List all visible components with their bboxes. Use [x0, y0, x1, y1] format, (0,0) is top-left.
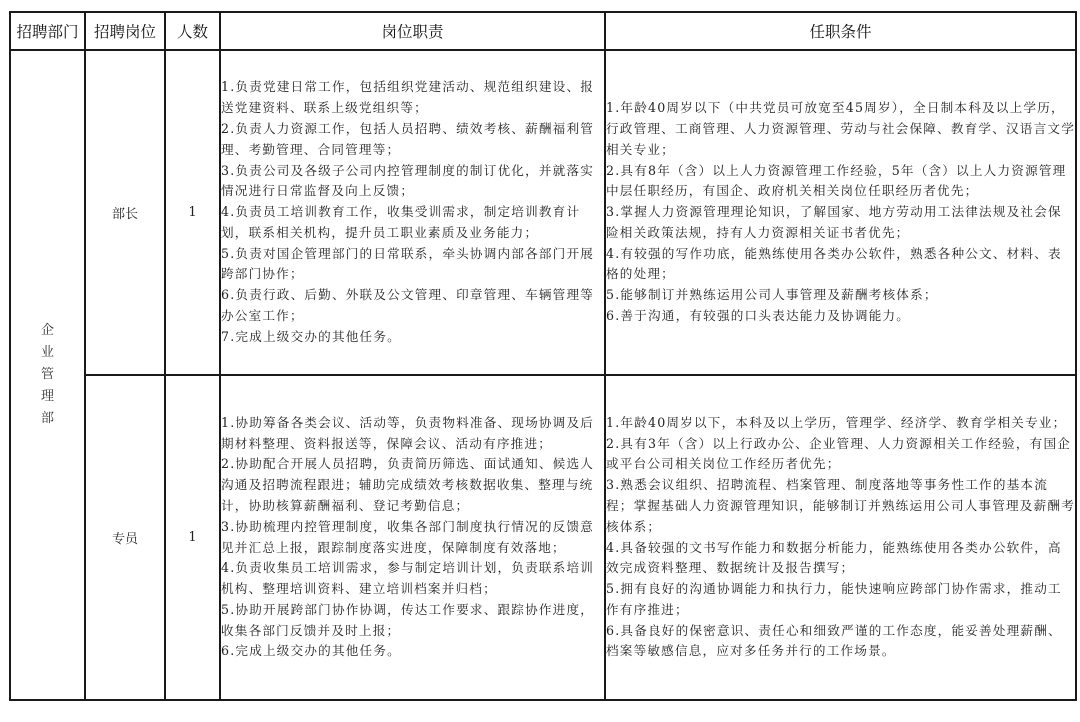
department-name: 企业管理部	[41, 320, 55, 430]
duty-item: 1.协助筹备各类会议、活动等，负责物料准备、现场协调及后期材料整理、资料报送等，…	[221, 413, 604, 455]
table-row: 专员 1 1.协助筹备各类会议、活动等，负责物料准备、现场协调及后期材料整理、资…	[10, 375, 1076, 700]
duties-cell: 1.负责党建日常工作，包括组织党建活动、规范组织建设、报送党建资料、联系上级党组…	[220, 50, 605, 375]
duty-item: 1.负责党建日常工作，包括组织党建活动、规范组织建设、报送党建资料、联系上级党组…	[221, 77, 604, 119]
header-position: 招聘岗位	[85, 12, 165, 50]
requirements-cell: 1.年龄40周岁以下，本科及以上学历，管理学、经济学、教育学相关专业； 2.具有…	[605, 375, 1076, 700]
header-row: 招聘部门 招聘岗位 人数 岗位职责 任职条件	[10, 12, 1076, 50]
position-cell: 专员	[85, 375, 165, 700]
requirement-item: 1.年龄40周岁以下（中共党员可放宽至45周岁），全日制本科及以上学历，行政管理…	[606, 98, 1075, 160]
requirement-item: 6.具备良好的保密意识、责任心和细致严谨的工作态度，能妥善处理薪酬、档案等敏感信…	[606, 621, 1075, 663]
requirement-item: 4.有较强的写作功底，能熟练使用各类办公软件，熟悉各种公文、材料、表格的处理；	[606, 244, 1075, 286]
duty-item: 5.负责对国企管理部门的日常联系，牵头协调内部各部门开展跨部门协作；	[221, 244, 604, 286]
duty-item: 4.负责收集员工培训需求，参与制定培训计划，负责联系培训机构、整理培训资料、建立…	[221, 558, 604, 600]
requirement-item: 3.掌握人力资源管理理论知识，了解国家、地方劳动用工法律法规及社会保险相关政策法…	[606, 202, 1075, 244]
requirement-item: 5.拥有良好的沟通协调能力和执行力，能快速响应跨部门协作需求，推动工作有序推进；	[606, 579, 1075, 621]
duty-item: 6.负责行政、后勤、外联及公文管理、印章管理、车辆管理等办公室工作；	[221, 285, 604, 327]
requirement-item: 4.具备较强的文书写作能力和数据分析能力，能熟练使用各类办公软件，高效完成资料整…	[606, 538, 1075, 580]
duty-item: 3.负责公司及各级子公司内控管理制度的制订优化，并就落实情况进行日常监督及向上反…	[221, 161, 604, 203]
duty-item: 6.完成上级交办的其他任务。	[221, 641, 604, 662]
header-department: 招聘部门	[10, 12, 85, 50]
count-cell: 1	[165, 50, 220, 375]
header-duties: 岗位职责	[220, 12, 605, 50]
duty-item: 4.负责员工培训教育工作，收集受训需求，制定培训教育计划，联系相关机构，提升员工…	[221, 202, 604, 244]
count-cell: 1	[165, 375, 220, 700]
duty-item: 5.协助开展跨部门协作协调，传达工作要求、跟踪协作进度，收集各部门反馈并及时上报…	[221, 600, 604, 642]
duties-cell: 1.协助筹备各类会议、活动等，负责物料准备、现场协调及后期材料整理、资料报送等，…	[220, 375, 605, 700]
duty-item: 3.协助梳理内控管理制度，收集各部门制度执行情况的反馈意见并汇总上报，跟踪制度落…	[221, 517, 604, 559]
requirement-item: 1.年龄40周岁以下，本科及以上学历，管理学、经济学、教育学相关专业；	[606, 413, 1075, 434]
duty-item: 2.协助配合开展人员招聘，负责简历筛选、面试通知、候选人沟通及招聘流程跟进；辅助…	[221, 454, 604, 516]
duty-item: 2.负责人力资源工作，包括人员招聘、绩效考核、薪酬福利管理、考勤管理、合同管理等…	[221, 119, 604, 161]
requirement-item: 2.具有3年（含）以上行政办公、企业管理、人力资源相关工作经验，有国企或平台公司…	[606, 434, 1075, 476]
recruitment-table: 招聘部门 招聘岗位 人数 岗位职责 任职条件 企业管理部 部长 1 1.负责党建…	[9, 11, 1077, 701]
duty-item: 7.完成上级交办的其他任务。	[221, 327, 604, 348]
requirement-item: 2.具有8年（含）以上人力资源管理工作经验，5年（含）以上人力资源管理中层任职经…	[606, 161, 1075, 203]
position-cell: 部长	[85, 50, 165, 375]
requirement-item: 5.能够制订并熟练运用公司人事管理及薪酬考核体系；	[606, 285, 1075, 306]
requirements-cell: 1.年龄40周岁以下（中共党员可放宽至45周岁），全日制本科及以上学历，行政管理…	[605, 50, 1076, 375]
header-count: 人数	[165, 12, 220, 50]
department-cell: 企业管理部	[10, 50, 85, 700]
requirement-item: 3.熟悉会议组织、招聘流程、档案管理、制度落地等事务性工作的基本流程；掌握基础人…	[606, 475, 1075, 537]
table-row: 企业管理部 部长 1 1.负责党建日常工作，包括组织党建活动、规范组织建设、报送…	[10, 50, 1076, 375]
header-requirements: 任职条件	[605, 12, 1076, 50]
requirement-item: 6.善于沟通，有较强的口头表达能力及协调能力。	[606, 306, 1075, 327]
